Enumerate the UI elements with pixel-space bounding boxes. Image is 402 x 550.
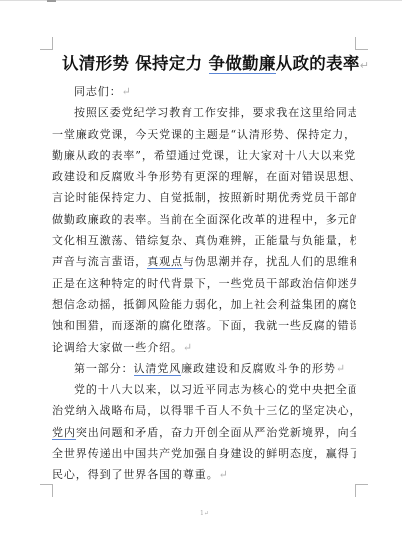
crop-mark-top-right [355,37,368,50]
crop-mark-bottom-right [355,484,368,497]
paragraph-2-line: 党的十八大以来，以习近平同志为核心的党中央把全面从严 [52,379,356,400]
paragraph-1-line: 按照区委党纪学习教育工作安排，要求我在这里给同志们讲 [52,102,356,123]
paragraph-2-line: 党内突出问题和矛盾，奋力开创全面从严治党新境界，向全社会、 [52,422,356,443]
paragraph-mark-icon: ↵ [183,341,193,354]
paragraph-1-line: 勤廉从政的表率”，希望通过党课，让大家对十八大以来党风廉 [52,145,356,166]
paragraph-mark-icon: ↵ [360,59,370,72]
greeting-line: 同志们：↵ [52,81,356,102]
section-heading: 第一部分：认清党风廉政建设和反腐败斗争的形势↵ [52,358,356,379]
text-segment: 声音与流言蜚语， [52,255,147,268]
title-underlined-phrase: 争做勤廉 [209,54,276,74]
page-number: 1↵ [200,510,209,517]
text-segment: 民心，得到了世界各国的尊重。 [52,468,219,481]
text-segment: 与伪思潮并存，扰乱人们的思维和判断， [183,255,356,268]
paragraph-1-line: 言论时能保持定力、自觉抵制，按照新时期优秀党员干部的标准 [52,187,356,208]
paragraph-mark-icon: ↵ [336,362,346,375]
paragraph-2-line: 全世界传递出中国共产党加强自身建设的鲜明态度，赢得了党心 [52,443,356,464]
crop-mark-bottom-left [40,484,53,497]
paragraph-1-line: 论调给大家做一些介绍。↵ [52,337,356,358]
spellcheck-underlined-phrase: 真观点 [147,255,183,269]
document-page: 认清形势 保持定力 争做勤廉从政的表率↵ 同志们：↵ 按照区委党纪学习教育工作安… [0,0,402,550]
paragraph-1-line: 正是在这种特定的时代背景下，一些党员干部政治信仰迷失，理 [52,273,356,294]
text-segment: 治党纳入战略布局，以得罪千百人不负十三亿的坚定决心， [52,404,356,417]
greeting: 同志们： [74,85,122,98]
paragraph-1-line: 蚀和围猎，而逐渐的腐化堕落。下面，我就一些反腐的错误思想、 [52,315,356,336]
paragraph-1-line: 声音与流言蜚语，真观点与伪思潮并存，扰乱人们的思维和判断， [52,251,356,272]
paragraph-1-line: 一堂廉政党课，今天党课的主题是“认清形势、保持定力，争做 [52,124,356,145]
section-label: 第一部分： [74,362,134,375]
paragraph-2-line: 民心，得到了世界各国的尊重。↵ [52,464,356,485]
title-part-1: 认清形势 保持定力 [62,54,209,73]
paragraph-mark-icon: ↵ [122,85,132,98]
document-title[interactable]: 认清形势 保持定力 争做勤廉从政的表率↵ [62,50,352,74]
crop-mark-top-left [40,37,53,50]
paragraph-1-line: 想信念动摇，抵御风险能力弱化，加上社会利益集团的腐蚀、侵 [52,294,356,315]
spellcheck-underlined-phrase: 认清党风 [134,362,182,376]
paragraph-1-line: 文化相互激荡、错综复杂、真伪难辨，正能量与负能量，权威的 [52,230,356,251]
title-part-2: 从政的表率 [276,54,360,73]
document-body[interactable]: 同志们：↵ 按照区委党纪学习教育工作安排，要求我在这里给同志们讲 一堂廉政党课，… [52,81,356,486]
spellcheck-underlined-phrase: 党内 [52,426,76,440]
paragraph-2-line: 治党纳入战略布局，以得罪千百人不负十三亿的坚定决心，亮剑 [52,400,356,421]
paragraph-mark-icon: ↵ [219,468,229,481]
section-title-rest: 廉政建设和反腐败斗争的形势 [181,362,336,375]
paragraph-1-line: 做勤政廉政的表率。当前在全面深化改革的进程中，多元的思想 [52,209,356,230]
paragraph-mark-icon: ↵ [204,510,209,517]
text-segment: 论调给大家做一些介绍。 [52,341,183,354]
paragraph-1-line: 政建设和反腐败斗争形势有更深的理解，在面对错误思想、错误 [52,166,356,187]
text-segment: 突出问题和矛盾，奋力开创全面从严治党新境界，向全社会、 [76,426,356,439]
